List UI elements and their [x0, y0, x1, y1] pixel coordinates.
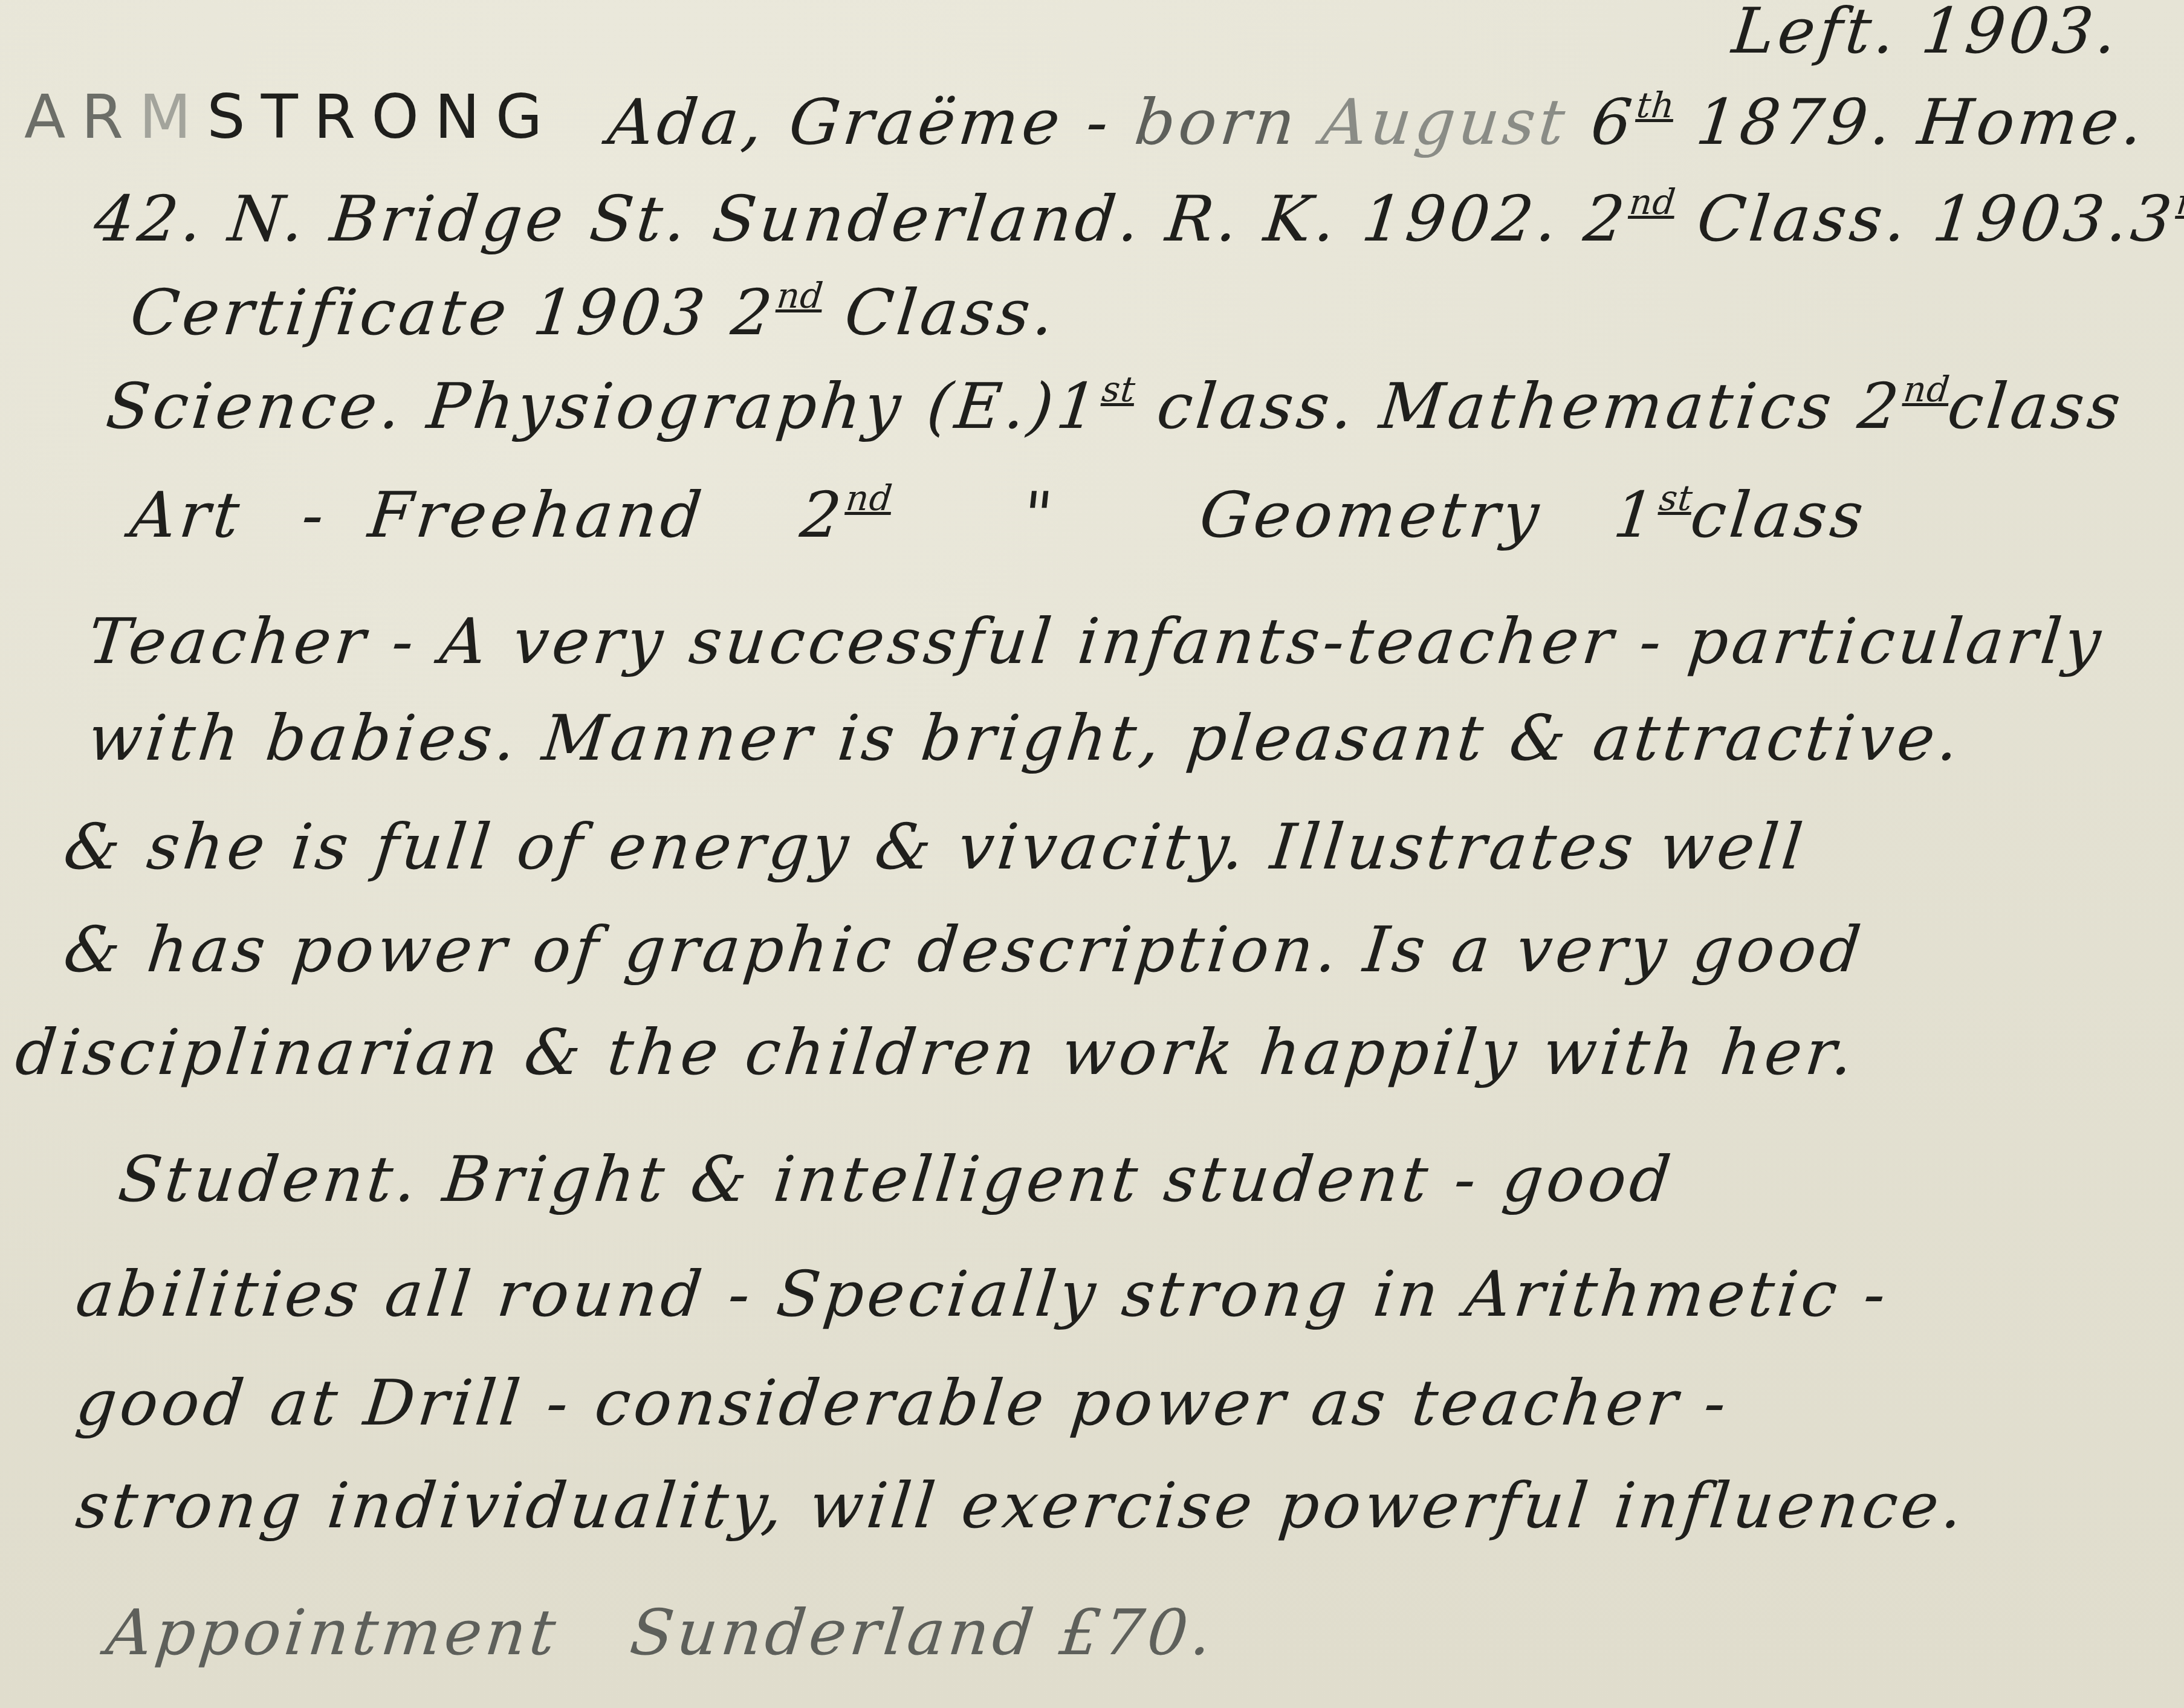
freehand-class-num: 2	[797, 478, 848, 552]
certificate-class-num: 2	[728, 276, 779, 349]
mathematics-class-num: 2	[1855, 369, 1906, 443]
appointment-place: Sunderland	[627, 1596, 1041, 1669]
certificate-line: Certificate 1903 2nd Class.	[127, 275, 1061, 349]
science-label: Science.	[103, 369, 408, 443]
birth-day: 6	[1587, 85, 1639, 159]
student-line-2: abilities all round - Specially strong i…	[73, 1257, 1893, 1331]
header-line: Ada, Graëme - born August 6th 1879. Home…	[604, 85, 2150, 159]
teacher-line-3: & she is full of energy & vivacity. Illu…	[60, 810, 1810, 884]
teacher-line-5: disciplinarian & the children work happi…	[12, 1015, 1860, 1089]
teacher-text-line: & she is full of energy & vivacity. Illu…	[60, 810, 1810, 884]
physiography-subject: Physiography (E.)	[424, 369, 1061, 443]
mathematics-class-suffix: nd	[1902, 369, 1952, 410]
certificate-class-label: Class.	[841, 276, 1061, 349]
rk-year: 1902.	[1358, 182, 1564, 256]
born-label: born	[1132, 85, 1303, 159]
geometry-class-label: class	[1687, 478, 1870, 552]
birth-month: August	[1318, 85, 1572, 159]
ditto-mark: "	[1019, 478, 1060, 552]
teacher-text-line: with babies. Manner is bright, pleasant …	[85, 701, 1966, 775]
mathematics-subject: Mathematics	[1376, 369, 1839, 443]
surname-very-faded-part: M	[139, 82, 207, 152]
teacher-label: Teacher -	[85, 604, 421, 678]
freehand-subject: Freehand	[365, 478, 708, 552]
art-label: Art	[127, 478, 246, 552]
geometry-class-num: 1	[1610, 478, 1662, 552]
geometry-subject: Geometry	[1196, 478, 1546, 552]
appointment-label: Appointment	[103, 1596, 563, 1669]
freehand-class-suffix: nd	[844, 477, 895, 519]
home-address: 42. N. Bridge St. Sunderland.	[91, 182, 1147, 256]
geometry-class-suffix: st	[1657, 477, 1695, 519]
teacher-text-line: & has power of graphic description. Is a…	[60, 913, 1868, 986]
student-text-line: good at Drill - considerable power as te…	[73, 1366, 1733, 1440]
second-year-class-num: 3	[2127, 182, 2179, 256]
home-label: Home.	[1914, 85, 2150, 159]
physiography-class-suffix: st	[1100, 369, 1138, 410]
given-names: Ada, Graëme	[604, 85, 1067, 159]
student-label: Student.	[115, 1142, 424, 1216]
rk-class-num: 2	[1580, 182, 1632, 256]
certificate-year: 1903	[530, 276, 711, 349]
left-label: Left	[1729, 0, 1879, 68]
teacher-line-4: & has power of graphic description. Is a…	[60, 913, 1868, 986]
physiography-class-label: class.	[1153, 369, 1360, 443]
physiography-class-num: 1	[1053, 369, 1104, 443]
science-line: Science. Physiography (E.)1st class. Mat…	[103, 369, 2128, 443]
surname-faded-part: AR	[24, 82, 139, 152]
birth-year: 1879.	[1693, 85, 1899, 159]
teacher-text-line: A very successful infants-teacher - part…	[437, 604, 2108, 678]
surname-rest: STRONG	[207, 82, 558, 152]
surname: ARMSTRONG	[24, 82, 558, 152]
rk-label: R. K.	[1162, 182, 1343, 256]
address-line: 42. N. Bridge St. Sunderland. R. K. 1902…	[91, 181, 2184, 256]
certificate-class-suffix: nd	[775, 275, 826, 316]
left-year: 1903	[1918, 0, 2100, 68]
second-year: 1903.	[1930, 182, 2136, 256]
student-line-1: Student. Bright & intelligent student - …	[115, 1142, 1677, 1216]
mathematics-class-label: class	[1944, 369, 2127, 443]
teacher-line-2: with babies. Manner is bright, pleasant …	[85, 701, 1966, 775]
student-line-4: strong individuality, will exercise powe…	[73, 1469, 1969, 1542]
certificate-label: Certificate	[127, 276, 514, 349]
rk-class-label: Class.	[1694, 182, 1913, 256]
student-text-line: abilities all round - Specially strong i…	[73, 1257, 1893, 1331]
student-text-line: Bright & intelligent student - good	[439, 1142, 1677, 1216]
left-date-note: Left. 1903.	[1729, 0, 2124, 68]
appointment-salary: £70.	[1057, 1596, 1219, 1669]
birth-day-suffix: th	[1635, 85, 1677, 126]
teacher-line-1: Teacher - A very successful infants-teac…	[85, 604, 2108, 678]
student-line-3: good at Drill - considerable power as te…	[73, 1366, 1733, 1440]
appointment-line: Appointment Sunderland £70.	[103, 1596, 1219, 1669]
student-text-line: strong individuality, will exercise powe…	[73, 1469, 1969, 1542]
teacher-text-line: disciplinarian & the children work happi…	[12, 1015, 1860, 1089]
rk-class-suffix: nd	[1627, 181, 1678, 222]
art-line: Art - Freehand 2nd " Geometry 1stclass	[127, 477, 1870, 552]
